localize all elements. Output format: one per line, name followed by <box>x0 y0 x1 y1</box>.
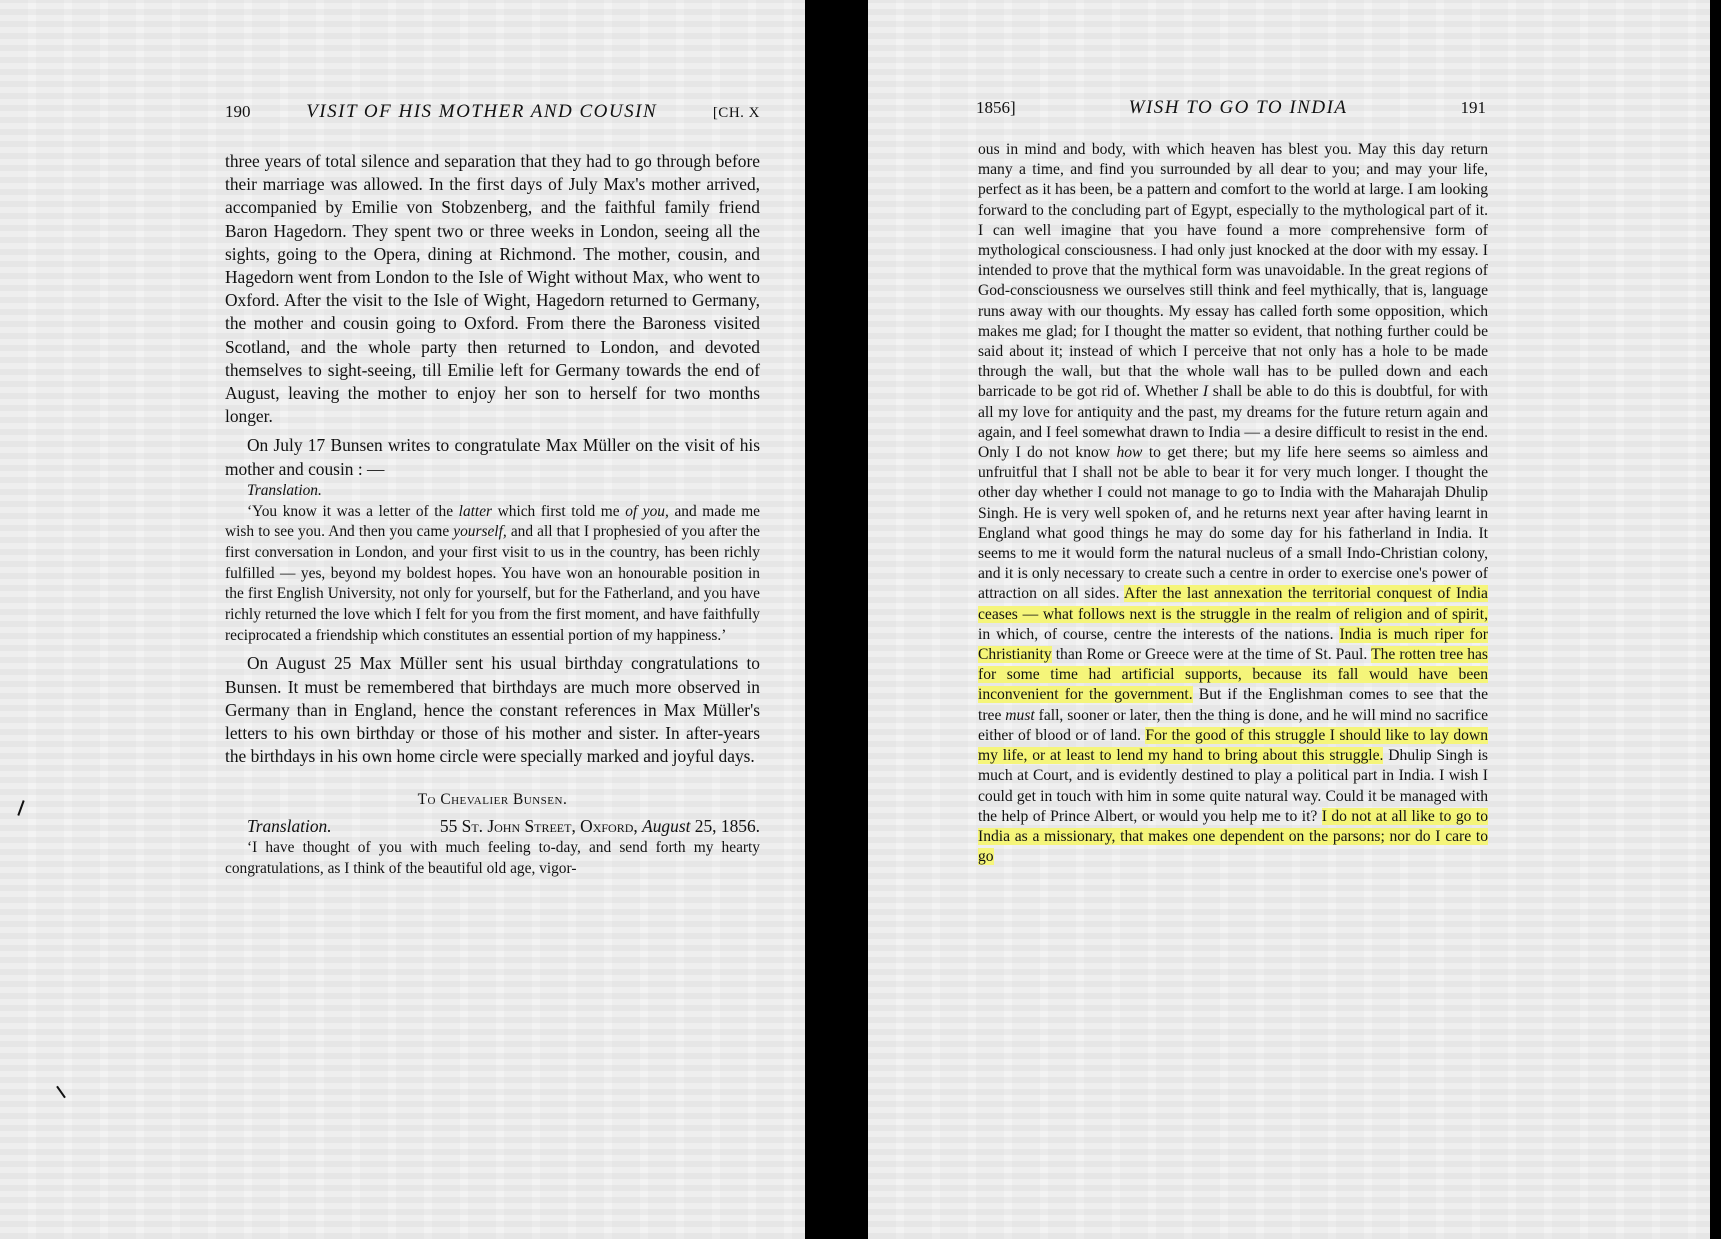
right-page-body: ous in mind and body, with which heaven … <box>978 140 1488 867</box>
letter-heading: To Chevalier Bunsen. <box>225 790 760 811</box>
quoted-letter: ‘You know it was a letter of the latter … <box>225 502 760 647</box>
running-head-title: WISH TO GO TO INDIA <box>1129 97 1348 119</box>
letter-text: ‘I have thought of you with much feeling… <box>225 838 760 879</box>
letter-dateline: Translation. 55 St. John Street, Oxford,… <box>225 815 760 838</box>
book-gutter <box>805 0 868 1239</box>
running-head-right: 1856] WISH TO GO TO INDIA 191 <box>976 97 1486 119</box>
page-number: 190 <box>225 102 251 122</box>
page-number: 191 <box>1460 98 1486 118</box>
translation-label: Translation. <box>247 815 332 838</box>
right-page: 1856] WISH TO GO TO INDIA 191 ous in min… <box>868 0 1710 1239</box>
running-head-title: VISIT OF HIS MOTHER AND COUSIN <box>306 101 657 123</box>
paragraph: On August 25 Max Müller sent his usual b… <box>225 652 760 768</box>
letter-continuation: ous in mind and body, with which heaven … <box>978 140 1488 867</box>
chapter-reference: [CH. X <box>713 105 760 122</box>
running-head-left: 190 VISIT OF HIS MOTHER AND COUSIN [CH. … <box>225 101 760 123</box>
paragraph: three years of total silence and separat… <box>225 150 760 428</box>
left-page-body: three years of total silence and separat… <box>225 150 760 880</box>
left-page: 190 VISIT OF HIS MOTHER AND COUSIN [CH. … <box>0 0 805 1239</box>
translation-label: Translation. <box>225 481 760 502</box>
paragraph: On July 17 Bunsen writes to congratulate… <box>225 434 760 480</box>
scan-artifact <box>56 1086 66 1099</box>
year-reference: 1856] <box>976 98 1016 118</box>
letter-address-date: 55 St. John Street, Oxford, August 25, 1… <box>440 815 760 838</box>
page-edge <box>1710 0 1721 1239</box>
scan-artifact <box>17 800 24 816</box>
